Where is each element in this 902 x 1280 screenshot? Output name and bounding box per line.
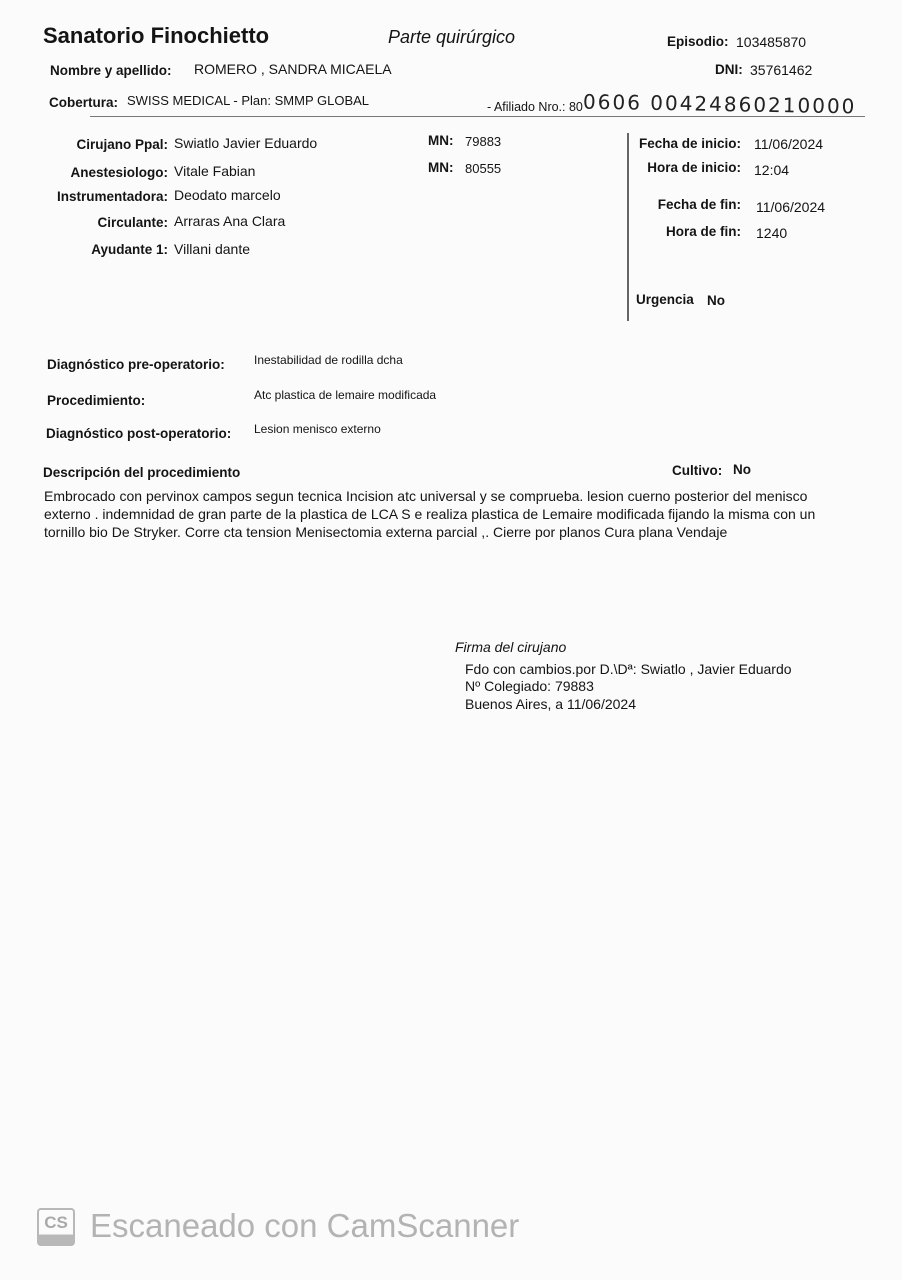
fecha-inicio-value: 11/06/2024: [754, 136, 823, 152]
episodio-value: 103485870: [736, 34, 806, 50]
hora-fin-value: 1240: [756, 225, 787, 241]
nombre-label: Nombre y apellido:: [50, 63, 172, 78]
nombre-value: ROMERO , SANDRA MICAELA: [194, 61, 392, 77]
episodio-label: Episodio:: [667, 34, 729, 49]
fecha-fin-label: Fecha de fin:: [658, 197, 741, 212]
hora-fin-label: Hora de fin:: [666, 224, 741, 239]
dni-value: 35761462: [750, 62, 812, 78]
team-value-circulante: Arraras Ana Clara: [174, 213, 285, 229]
camscanner-logo-icon: CS: [37, 1208, 75, 1246]
header-divider: [90, 116, 865, 117]
document-type: Parte quirúrgico: [388, 27, 515, 48]
hora-inicio-label: Hora de inicio:: [647, 160, 741, 175]
firma-line-1: Fdo con cambios.por D.\Dª: Swiatlo , Jav…: [465, 661, 792, 677]
diagnostico-post-label: Diagnóstico post-operatorio:: [46, 426, 231, 441]
diagnostico-pre-value: Inestabilidad de rodilla dcha: [254, 353, 403, 367]
diagnostico-pre-label: Diagnóstico pre-operatorio:: [47, 357, 225, 372]
firma-title: Firma del cirujano: [455, 639, 566, 655]
cobertura-label: Cobertura:: [49, 95, 118, 110]
mn-value-cirujano: 79883: [465, 134, 501, 149]
team-value-cirujano: Swiatlo Javier Eduardo: [174, 135, 317, 151]
mn-label-cirujano: MN:: [428, 133, 454, 148]
firma-line-3: Buenos Aires, a 11/06/2024: [465, 696, 636, 712]
mn-value-anestesiologo: 80555: [465, 161, 501, 176]
procedimiento-value: Atc plastica de lemaire modificada: [254, 388, 436, 402]
urgencia-label: Urgencia: [636, 292, 694, 307]
team-label-circulante: Circulante:: [97, 215, 168, 230]
camscanner-watermark: Escaneado con CamScanner: [90, 1207, 519, 1245]
team-value-anestesiologo: Vitale Fabian: [174, 163, 255, 179]
urgencia-value: No: [707, 293, 725, 308]
cultivo-value: No: [733, 462, 751, 477]
hora-inicio-value: 12:04: [754, 162, 789, 178]
team-label-cirujano: Cirujano Ppal:: [76, 137, 168, 152]
team-label-ayudante: Ayudante 1:: [91, 242, 168, 257]
team-label-instrumentadora: Instrumentadora:: [57, 189, 168, 204]
cobertura-value: SWISS MEDICAL - Plan: SMMP GLOBAL: [127, 93, 369, 108]
diagnostico-post-value: Lesion menisco externo: [254, 422, 381, 436]
fecha-inicio-label: Fecha de inicio:: [639, 136, 741, 151]
team-label-anestesiologo: Anestesiologo:: [70, 165, 168, 180]
procedimiento-label: Procedimiento:: [47, 393, 145, 408]
dni-label: DNI:: [715, 62, 743, 77]
team-value-instrumentadora: Deodato marcelo: [174, 187, 281, 203]
times-divider: [627, 133, 629, 321]
mn-label-anestesiologo: MN:: [428, 160, 454, 175]
fecha-fin-value: 11/06/2024: [756, 199, 825, 215]
institution-name: Sanatorio Finochietto: [43, 23, 269, 49]
descripcion-label: Descripción del procedimiento: [43, 465, 240, 480]
firma-line-2: Nº Colegiado: 79883: [465, 678, 594, 694]
afiliado-handwritten: 0606 00424860210000: [583, 90, 857, 119]
afiliado-number: - Afiliado Nro.: 800606 00424860210000: [487, 92, 856, 116]
team-value-ayudante: Villani dante: [174, 241, 250, 257]
afiliado-label: - Afiliado Nro.: 80: [487, 100, 583, 114]
descripcion-text: Embrocado con pervinox campos segun tecn…: [44, 487, 844, 541]
cultivo-label: Cultivo:: [672, 463, 722, 478]
